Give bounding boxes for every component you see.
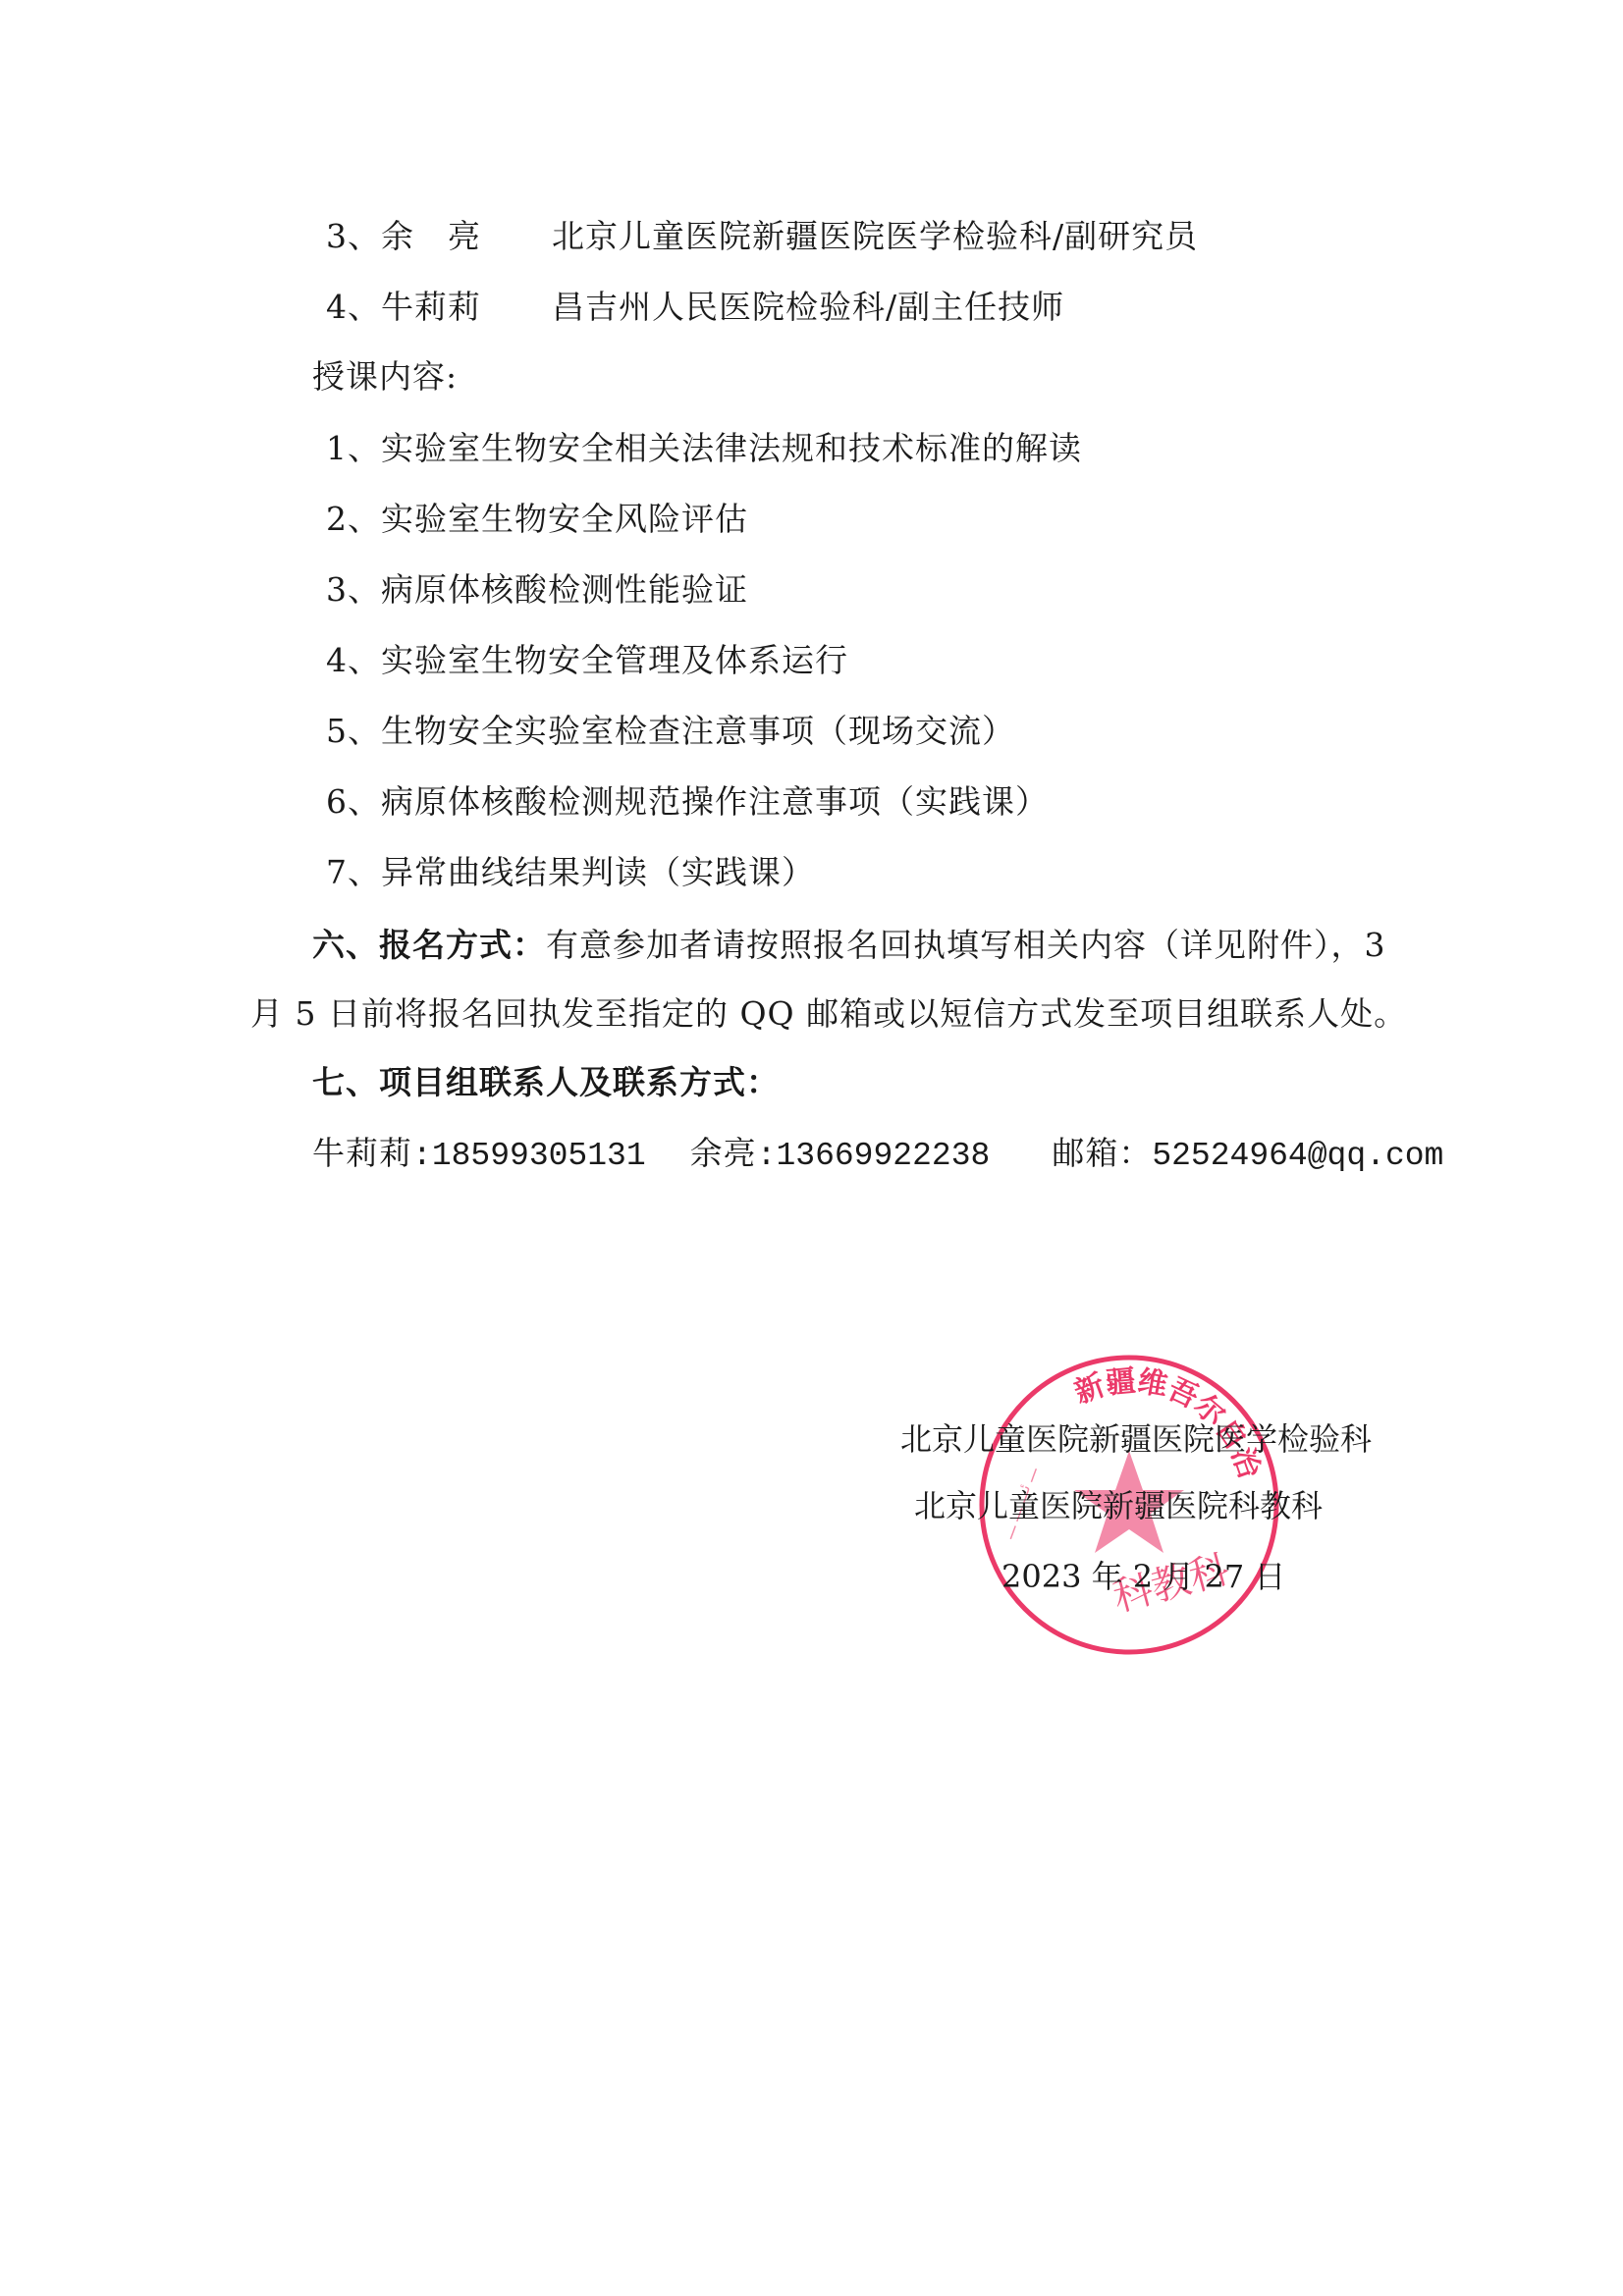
signature-date: 2023 年 2 月 27 日 xyxy=(1001,1557,1285,1596)
contact-name: 余亮 xyxy=(690,1134,757,1172)
contact-phone: 13669922238 xyxy=(776,1138,990,1174)
registration-text: 有意参加者请按照报名回执填写相关内容（详见附件），3 xyxy=(546,926,1386,964)
course-item: 7、异常曲线结果判读（实践课） xyxy=(326,853,815,892)
course-item: 5、生物安全实验室检查注意事项（现场交流） xyxy=(326,712,1015,751)
registration-text-continued: 月 5 日前将报名回执发至指定的 QQ 邮箱或以短信方式发至项目组联系人处。 xyxy=(250,994,1407,1034)
instructor-title: 北京儿童医院新疆医院医学检验科/副研究员 xyxy=(552,217,1198,255)
contacts-heading: 七、项目组联系人及联系方式： xyxy=(312,1063,780,1102)
contact-phone: 18599305131 xyxy=(432,1138,646,1174)
course-item: 6、病原体核酸检测规范操作注意事项（实践课） xyxy=(326,782,1049,822)
email-label: 邮箱： xyxy=(1052,1134,1152,1172)
course-item: 3、病原体核酸检测性能验证 xyxy=(326,570,748,610)
registration-heading: 六、报名方式： xyxy=(312,926,546,964)
instructor-row: 4、牛莉莉昌吉州人民医院检验科/副主任技师 xyxy=(326,288,1064,327)
instructor-row: 3、余 亮北京儿童医院新疆医院医学检验科/副研究员 xyxy=(326,217,1198,256)
instructor-title: 昌吉州人民医院检验科/副主任技师 xyxy=(552,288,1064,326)
course-content-heading: 授课内容: xyxy=(312,357,458,397)
contact-name: 牛莉莉 xyxy=(312,1134,412,1172)
instructor-name: 4、牛莉莉 xyxy=(326,288,552,327)
instructor-name: 3、余 亮 xyxy=(326,217,552,256)
signature-org-2: 北京儿童医院新疆医院科教科 xyxy=(914,1486,1323,1525)
registration-paragraph: 六、报名方式：有意参加者请按照报名回执填写相关内容（详见附件），3 xyxy=(312,926,1386,965)
signature-org-1: 北京儿童医院新疆医院医学检验科 xyxy=(900,1419,1372,1459)
email-address[interactable]: 52524964@qq.com xyxy=(1152,1138,1443,1174)
course-item: 2、实验室生物安全风险评估 xyxy=(326,500,748,539)
course-item: 1、实验室生物安全相关法律法规和技术标准的解读 xyxy=(326,429,1082,468)
course-item: 4、实验室生物安全管理及体系运行 xyxy=(326,641,848,680)
contacts-line: 牛莉莉:18599305131 余亮:13669922238 邮箱：525249… xyxy=(312,1134,1443,1176)
